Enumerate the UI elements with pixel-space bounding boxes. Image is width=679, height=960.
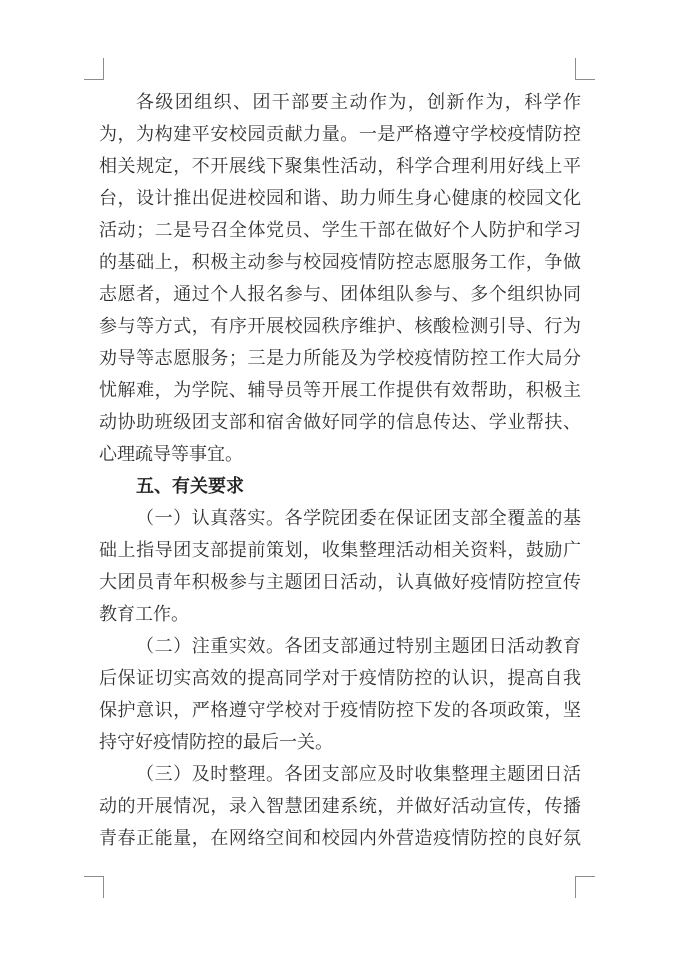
text-line: 心理疏导等事宜。 xyxy=(99,438,581,470)
text-line: 教育工作。 xyxy=(99,598,581,630)
text-line: 劝导等志愿服务；三是力所能及为学校疫情防控工作大局分 xyxy=(99,342,581,374)
text-line: 动协助班级团支部和宿舍做好同学的信息传达、学业帮扶、 xyxy=(99,406,581,438)
text-line: 忧解难，为学院、辅导员等开展工作提供有效帮助，积极主 xyxy=(99,374,581,406)
document-body: 各级团组织、团干部要主动作为，创新作为，科学作为，为构建平安校园贡献力量。一是严… xyxy=(99,86,581,854)
text-line: 相关规定，不开展线下聚集性活动，科学合理利用好线上平 xyxy=(99,150,581,182)
crop-mark-bottom-left-icon xyxy=(84,876,104,898)
text-line: （二）注重实效。各团支部通过特别主题团日活动教育 xyxy=(99,630,581,662)
text-line: 大团员青年积极参与主题团日活动，认真做好疫情防控宣传 xyxy=(99,566,581,598)
text-line: 各级团组织、团干部要主动作为，创新作为，科学作 xyxy=(99,86,581,118)
crop-mark-top-right-icon xyxy=(575,58,595,80)
text-line: （一）认真落实。各学院团委在保证团支部全覆盖的基 xyxy=(99,502,581,534)
crop-mark-top-left-icon xyxy=(84,58,104,80)
text-line: 为，为构建平安校园贡献力量。一是严格遵守学校疫情防控 xyxy=(99,118,581,150)
text-line: （三）及时整理。各团支部应及时收集整理主题团日活 xyxy=(99,758,581,790)
crop-mark-bottom-right-icon xyxy=(575,876,595,898)
text-line: 的基础上，积极主动参与校园疫情防控志愿服务工作，争做 xyxy=(99,246,581,278)
text-line: 持守好疫情防控的最后一关。 xyxy=(99,726,581,758)
document-page: 各级团组织、团干部要主动作为，创新作为，科学作为，为构建平安校园贡献力量。一是严… xyxy=(0,0,679,960)
text-line: 础上指导团支部提前策划，收集整理活动相关资料，鼓励广 xyxy=(99,534,581,566)
text-line: 活动；二是号召全体党员、学生干部在做好个人防护和学习 xyxy=(99,214,581,246)
text-line: 后保证切实高效的提高同学对于疫情防控的认识，提高自我 xyxy=(99,662,581,694)
text-line: 台，设计推出促进校园和谐、助力师生身心健康的校园文化 xyxy=(99,182,581,214)
text-line: 参与等方式，有序开展校园秩序维护、核酸检测引导、行为 xyxy=(99,310,581,342)
section-heading: 五、有关要求 xyxy=(99,470,581,502)
text-line: 保护意识，严格遵守学校对于疫情防控下发的各项政策，坚 xyxy=(99,694,581,726)
text-line: 青春正能量，在网络空间和校园内外营造疫情防控的良好氛 xyxy=(99,822,581,854)
text-line: 志愿者，通过个人报名参与、团体组队参与、多个组织协同 xyxy=(99,278,581,310)
text-line: 动的开展情况，录入智慧团建系统，并做好活动宣传，传播 xyxy=(99,790,581,822)
